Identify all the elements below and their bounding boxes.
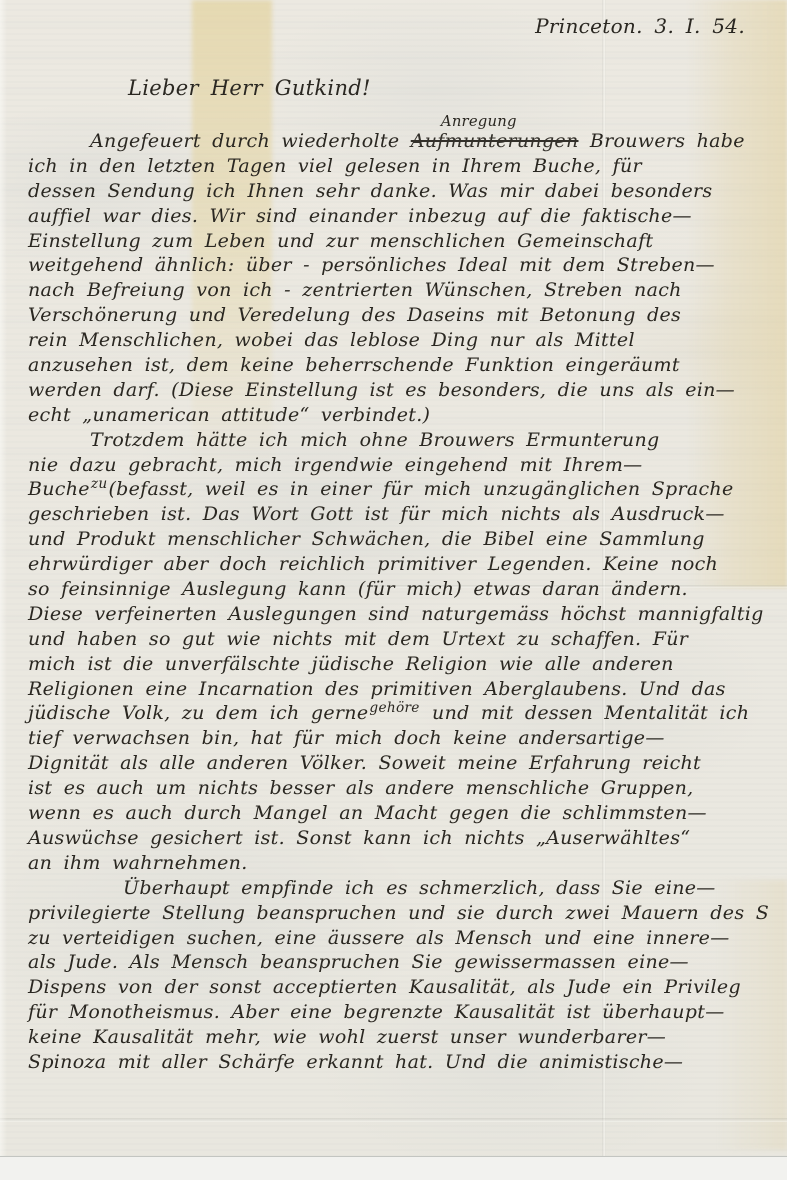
line-text: als Jude. Als Mensch beanspruchen Sie ge… bbox=[28, 951, 689, 973]
letter-line: so feinsinnige Auslegung kann (für mich)… bbox=[28, 577, 787, 602]
line-text: jüdische Volk, zu dem ich gerne bbox=[28, 702, 368, 724]
letter-line: als Jude. Als Mensch beanspruchen Sie ge… bbox=[28, 950, 787, 975]
inserted-word-above: Anregung bbox=[441, 115, 517, 130]
line-text: auffiel war dies. Wir sind einander inbe… bbox=[28, 205, 692, 227]
letter-line: Auswüchse gesichert ist. Sonst kann ich … bbox=[28, 826, 787, 851]
line-text: Verschönerung und Veredelung des Daseins… bbox=[28, 304, 681, 326]
line-text: Buche bbox=[28, 478, 90, 500]
letter-line: tief verwachsen bin, hat für mich doch k… bbox=[28, 726, 787, 751]
line-text: ich in den letzten Tagen viel gelesen in… bbox=[28, 155, 642, 177]
letter-line: Trotzdem hätte ich mich ohne Brouwers Er… bbox=[28, 428, 787, 453]
letter-line: dessen Sendung ich Ihnen sehr danke. Was… bbox=[28, 179, 787, 204]
line-text: wenn es auch durch Mangel an Macht gegen… bbox=[28, 802, 707, 824]
line-text: nach Befreiung von ich - zentrierten Wün… bbox=[28, 279, 682, 301]
line-text: geschrieben ist. Das Wort Gott ist für m… bbox=[28, 503, 725, 525]
letter-line: privilegierte Stellung beanspruchen und … bbox=[28, 901, 787, 926]
letter-line: mich ist die unverfälschte jüdische Reli… bbox=[28, 652, 787, 677]
letter-line: ist es auch um nichts besser als andere … bbox=[28, 776, 787, 801]
dateline: Princeton. 3. I. 54. bbox=[535, 14, 745, 38]
line-text: privilegierte Stellung beanspruchen und … bbox=[28, 902, 769, 924]
line-text: Spinoza mit aller Schärfe erkannt hat. U… bbox=[28, 1051, 683, 1073]
line-text: Diese verfeinerten Auslegungen sind natu… bbox=[28, 603, 764, 625]
line-text: tief verwachsen bin, hat für mich doch k… bbox=[28, 727, 665, 749]
letter-line: ich in den letzten Tagen viel gelesen in… bbox=[28, 154, 787, 179]
line-text: ehrwürdiger aber doch reichlich primitiv… bbox=[28, 553, 718, 575]
line-text: keine Kausalität mehr, wie wohl zuerst u… bbox=[28, 1026, 666, 1048]
scanned-letter-page: Princeton. 3. I. 54. Lieber Herr Gutkind… bbox=[0, 0, 787, 1180]
paper-left-edge bbox=[0, 0, 7, 1157]
letter-line: Dignität als alle anderen Völker. Soweit… bbox=[28, 751, 787, 776]
line-text: Trotzdem hätte ich mich ohne Brouwers Er… bbox=[90, 429, 659, 451]
letter-line: Spinoza mit aller Schärfe erkannt hat. U… bbox=[28, 1050, 787, 1075]
letter-line: und haben so gut wie nichts mit dem Urte… bbox=[28, 627, 787, 652]
letter-line: nach Befreiung von ich - zentrierten Wün… bbox=[28, 278, 787, 303]
line-text: Religionen eine Incarnation des primitiv… bbox=[28, 678, 726, 700]
letter-line: Einstellung zum Leben und zur menschlich… bbox=[28, 229, 787, 254]
letter-paragraph: Überhaupt empfinde ich es schmerzlich, d… bbox=[28, 876, 787, 1075]
line-text: (befasst, weil es in einer für mich unzu… bbox=[108, 478, 733, 500]
line-text: rein Menschlichen, wobei das leblose Din… bbox=[28, 329, 635, 351]
horizontal-fold-crease-low bbox=[0, 1118, 787, 1122]
line-text: echt „unamerican attitude“ verbindet.) bbox=[28, 404, 430, 426]
letter-line: Buchezu(befasst, weil es in einer für mi… bbox=[28, 477, 787, 502]
letter-line: Religionen eine Incarnation des primitiv… bbox=[28, 677, 787, 702]
line-text: dessen Sendung ich Ihnen sehr danke. Was… bbox=[28, 180, 712, 202]
letter-line: nie dazu gebracht, mich irgendwie eingeh… bbox=[28, 453, 787, 478]
letter-line: Verschönerung und Veredelung des Daseins… bbox=[28, 303, 787, 328]
line-text: anzusehen ist, dem keine beherrschende F… bbox=[28, 354, 680, 376]
letter-line: auffiel war dies. Wir sind einander inbe… bbox=[28, 204, 787, 229]
letter-line: Angefeuert durch wiederholte Aufmunterun… bbox=[28, 129, 787, 154]
letter-line: für Monotheismus. Aber eine begrenzte Ka… bbox=[28, 1000, 787, 1025]
line-text: Einstellung zum Leben und zur menschlich… bbox=[28, 230, 653, 252]
inserted-word: gehöre bbox=[369, 700, 419, 716]
struck-word: AufmunterungenAnregung bbox=[411, 129, 579, 154]
salutation: Lieber Herr Gutkind! bbox=[128, 76, 371, 100]
line-text: Dispens von der sonst acceptierten Kausa… bbox=[28, 976, 741, 998]
letter-body: Angefeuert durch wiederholte Aufmunterun… bbox=[28, 129, 787, 1075]
line-text: an ihm wahrnehmen. bbox=[28, 852, 248, 874]
letter-line: Überhaupt empfinde ich es schmerzlich, d… bbox=[28, 876, 787, 901]
letter-line: zu verteidigen suchen, eine äussere als … bbox=[28, 926, 787, 951]
letter-line: rein Menschlichen, wobei das leblose Din… bbox=[28, 328, 787, 353]
line-text: nie dazu gebracht, mich irgendwie eingeh… bbox=[28, 454, 642, 476]
line-text: und Produkt menschlicher Schwächen, die … bbox=[28, 528, 705, 550]
scan-bottom-edge bbox=[0, 1156, 787, 1180]
line-text: so feinsinnige Auslegung kann (für mich)… bbox=[28, 578, 688, 600]
letter-line: Diese verfeinerten Auslegungen sind natu… bbox=[28, 602, 787, 627]
line-text: weitgehend ähnlich: über - persönliches … bbox=[28, 254, 715, 276]
line-text: mich ist die unverfälschte jüdische Reli… bbox=[28, 653, 674, 675]
line-text: Dignität als alle anderen Völker. Soweit… bbox=[28, 752, 701, 774]
line-text: Auswüchse gesichert ist. Sonst kann ich … bbox=[28, 827, 690, 849]
letter-line: an ihm wahrnehmen. bbox=[28, 851, 787, 876]
line-text: Überhaupt empfinde ich es schmerzlich, d… bbox=[123, 877, 716, 899]
letter-line: wenn es auch durch Mangel an Macht gegen… bbox=[28, 801, 787, 826]
letter-line: Dispens von der sonst acceptierten Kausa… bbox=[28, 975, 787, 1000]
line-text: Brouwers habe bbox=[579, 130, 745, 152]
line-text: ist es auch um nichts besser als andere … bbox=[28, 777, 694, 799]
letter-line: und Produkt menschlicher Schwächen, die … bbox=[28, 527, 787, 552]
line-text: werden darf. (Diese Einstellung ist es b… bbox=[28, 379, 735, 401]
line-text: zu verteidigen suchen, eine äussere als … bbox=[28, 927, 730, 949]
line-text: Angefeuert durch wiederholte bbox=[90, 130, 411, 152]
letter-paragraph: Trotzdem hätte ich mich ohne Brouwers Er… bbox=[28, 428, 787, 876]
letter-line: geschrieben ist. Das Wort Gott ist für m… bbox=[28, 502, 787, 527]
letter-line: werden darf. (Diese Einstellung ist es b… bbox=[28, 378, 787, 403]
letter-line: anzusehen ist, dem keine beherrschende F… bbox=[28, 353, 787, 378]
letter-line: keine Kausalität mehr, wie wohl zuerst u… bbox=[28, 1025, 787, 1050]
letter-line: jüdische Volk, zu dem ich gernegehöre un… bbox=[28, 701, 787, 726]
letter-line: weitgehend ähnlich: über - persönliches … bbox=[28, 253, 787, 278]
line-text: für Monotheismus. Aber eine begrenzte Ka… bbox=[28, 1001, 725, 1023]
letter-line: echt „unamerican attitude“ verbindet.) bbox=[28, 403, 787, 428]
letter-paragraph: Angefeuert durch wiederholte Aufmunterun… bbox=[28, 129, 787, 428]
line-text: und mit dessen Mentalität ich bbox=[421, 702, 750, 724]
letter-line: ehrwürdiger aber doch reichlich primitiv… bbox=[28, 552, 787, 577]
inserted-word: zu bbox=[91, 476, 108, 492]
line-text: und haben so gut wie nichts mit dem Urte… bbox=[28, 628, 688, 650]
